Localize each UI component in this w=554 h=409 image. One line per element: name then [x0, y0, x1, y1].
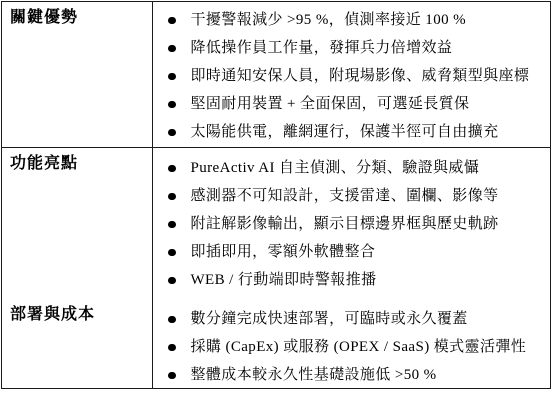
- feature-table: 關鍵優勢 干擾警報減少 >95 %，偵測率接近 100 % 降低操作員工作量，發…: [1, 1, 551, 389]
- list-item-text: 數分鐘完成快速部署，可臨時或永久覆蓋: [191, 305, 468, 333]
- list-item-text: 採購 (CapEx) 或服務 (OPEX / SaaS) 模式靈活彈性: [191, 333, 527, 361]
- table-section-2: 功能亮點 PureActiv AI 自主偵測、分類、驗證與威懾 感測器不可知設計…: [2, 148, 550, 299]
- list-item: 數分鐘完成快速部署，可臨時或永久覆蓋: [168, 305, 546, 333]
- bullet-dot-icon: [168, 277, 176, 285]
- list-item-text: 降低操作員工作量，發揮兵力倍增效益: [191, 34, 453, 62]
- list-item: 即時通知安保人員，附現場影像、威脅類型與座標: [168, 62, 546, 90]
- list-item-text: 附註解影像輸出，顯示目標邊界框與歷史軌跡: [191, 210, 499, 238]
- list-item-text: PureActiv AI 自主偵測、分類、驗證與威懾: [191, 154, 480, 182]
- list-item: 採購 (CapEx) 或服務 (OPEX / SaaS) 模式靈活彈性: [168, 333, 546, 361]
- bullet-dot-icon: [168, 221, 176, 229]
- list-item: PureActiv AI 自主偵測、分類、驗證與威懾: [168, 154, 546, 182]
- list-item-text: 整體成本較永久性基礎設施低 >50 %: [191, 361, 437, 388]
- bullet-list: 數分鐘完成快速部署，可臨時或永久覆蓋 採購 (CapEx) 或服務 (OPEX …: [168, 305, 546, 388]
- list-item-text: 太陽能供電，離網運行，保護半徑可自由擴充: [191, 118, 499, 146]
- list-item: 降低操作員工作量，發揮兵力倍增效益: [168, 34, 546, 62]
- bullet-dot-icon: [168, 344, 176, 352]
- list-item: WEB / 行動端即時警報推播: [168, 266, 546, 294]
- list-item-text: 即時通知安保人員，附現場影像、威脅類型與座標: [191, 62, 530, 90]
- section-header-label: 部署與成本: [10, 305, 146, 325]
- bullet-dot-icon: [168, 316, 176, 324]
- list-item-text: WEB / 行動端即時警報推播: [191, 266, 377, 294]
- bullet-list: PureActiv AI 自主偵測、分類、驗證與威懾 感測器不可知設計，支援雷達…: [168, 154, 546, 294]
- bullet-dot-icon: [168, 17, 176, 25]
- table-section-1: 關鍵優勢 干擾警報減少 >95 %，偵測率接近 100 % 降低操作員工作量，發…: [2, 2, 550, 148]
- bullet-list: 干擾警報減少 >95 %，偵測率接近 100 % 降低操作員工作量，發揮兵力倍增…: [168, 6, 546, 146]
- list-item: 附註解影像輸出，顯示目標邊界框與歷史軌跡: [168, 210, 546, 238]
- list-item: 太陽能供電，離網運行，保護半徑可自由擴充: [168, 118, 546, 146]
- bullet-dot-icon: [168, 249, 176, 257]
- bullet-dot-icon: [168, 101, 176, 109]
- section-header-label: 功能亮點: [10, 154, 146, 174]
- list-item: 感測器不可知設計，支援雷達、圍欄、影像等: [168, 182, 546, 210]
- list-item: 干擾警報減少 >95 %，偵測率接近 100 %: [168, 6, 546, 34]
- section-body-cell: PureActiv AI 自主偵測、分類、驗證與威懾 感測器不可知設計，支援雷達…: [153, 148, 550, 299]
- section-body-cell: 干擾警報減少 >95 %，偵測率接近 100 % 降低操作員工作量，發揮兵力倍增…: [153, 2, 550, 147]
- bullet-dot-icon: [168, 45, 176, 53]
- list-item-text: 即插即用，零額外軟體整合: [191, 238, 376, 266]
- list-item-text: 堅固耐用裝置 + 全面保固，可選延長質保: [191, 90, 470, 118]
- bullet-dot-icon: [168, 193, 176, 201]
- bullet-dot-icon: [168, 73, 176, 81]
- list-item-text: 感測器不可知設計，支援雷達、圍欄、影像等: [191, 182, 499, 210]
- section-header-cell: 功能亮點: [2, 148, 153, 299]
- section-body-cell: 數分鐘完成快速部署，可臨時或永久覆蓋 採購 (CapEx) 或服務 (OPEX …: [153, 299, 550, 388]
- table-section-3: 部署與成本 數分鐘完成快速部署，可臨時或永久覆蓋 採購 (CapEx) 或服務 …: [2, 299, 550, 388]
- section-header-cell: 關鍵優勢: [2, 2, 153, 147]
- list-item: 堅固耐用裝置 + 全面保固，可選延長質保: [168, 90, 546, 118]
- bullet-dot-icon: [168, 129, 176, 137]
- list-item: 即插即用，零額外軟體整合: [168, 238, 546, 266]
- section-header-cell: 部署與成本: [2, 299, 153, 388]
- list-item-text: 干擾警報減少 >95 %，偵測率接近 100 %: [191, 6, 467, 34]
- list-item: 整體成本較永久性基礎設施低 >50 %: [168, 361, 546, 388]
- bullet-dot-icon: [168, 165, 176, 173]
- bullet-dot-icon: [168, 372, 176, 380]
- section-header-label: 關鍵優勢: [10, 8, 146, 28]
